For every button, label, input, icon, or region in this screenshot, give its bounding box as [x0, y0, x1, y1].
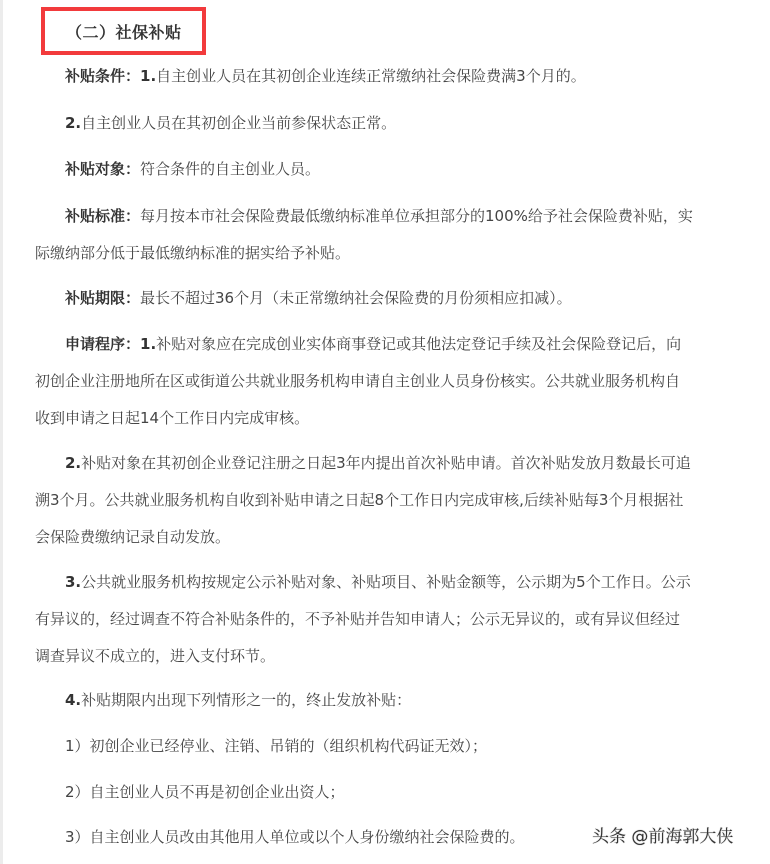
text-line: 1）初创企业已经停业、注销、吊销的（组织机构代码证无效）；: [35, 728, 735, 765]
text-line: 申请程序：1.补贴对象应在完成创业实体商事登记或其他法定登记手续及社会保险登记后…: [35, 326, 735, 363]
watermark: 头条 @前海郭大侠: [592, 822, 733, 847]
paragraph-termination-case-1: 1）初创企业已经停业、注销、吊销的（组织机构代码证无效）；: [35, 728, 735, 765]
paragraph-subsidy-period: 补贴期限：最长不超过36个月（未正常缴纳社会保险费的月份须相应扣减）。: [35, 280, 735, 317]
text-line: 补贴期限：最长不超过36个月（未正常缴纳社会保险费的月份须相应扣减）。: [35, 280, 735, 317]
text-line: 2）自主创业人员不再是初创企业出资人；: [35, 774, 735, 811]
text-line: 初创企业注册地所在区或街道公共就业服务机构申请自主创业人员身份核实。公共就业服务…: [35, 363, 735, 400]
paragraph-label: 补贴条件：: [65, 67, 140, 85]
paragraph-label: 申请程序：: [65, 335, 140, 353]
text-line: 有异议的，经过调查不符合补贴条件的，不予补贴并告知申请人；公示无异议的，或有异议…: [35, 601, 735, 638]
text-line: 收到申请之日起14个工作日内完成审核。: [35, 400, 735, 437]
paragraph-application-procedure-4: 4.补贴期限内出现下列情形之一的，终止发放补贴：: [35, 682, 735, 719]
text-line: 补贴条件：1.自主创业人员在其初创企业连续正常缴纳社会保险费满3个月的。: [35, 58, 735, 95]
line-text: 公共就业服务机构按规定公示补贴对象、补贴项目、补贴金额等，公示期为5个工作日。公…: [81, 573, 691, 591]
paragraph-label: 补贴标准：: [65, 207, 140, 225]
item-number: 3.: [65, 573, 81, 591]
text-line: 4.补贴期限内出现下列情形之一的，终止发放补贴：: [35, 682, 735, 719]
paragraph-label: 补贴期限：: [65, 289, 140, 307]
text-line: 2.补贴对象在其初创企业登记注册之日起3年内提出首次补贴申请。首次补贴发放月数最…: [35, 445, 735, 482]
paragraph-termination-case-2: 2）自主创业人员不再是初创企业出资人；: [35, 774, 735, 811]
paragraph-subsidy-standard: 补贴标准：每月按本市社会保险费最低缴纳标准单位承担部分的100%给予社会保险费补…: [35, 198, 735, 272]
line-text: 每月按本市社会保险费最低缴纳标准单位承担部分的100%给予社会保险费补贴，实: [140, 207, 693, 225]
line-text: 符合条件的自主创业人员。: [140, 160, 320, 178]
text-line: 3.公共就业服务机构按规定公示补贴对象、补贴项目、补贴金额等，公示期为5个工作日…: [35, 564, 735, 601]
section-title: （二）社保补贴: [66, 20, 182, 43]
item-number: 4.: [65, 691, 81, 709]
paragraph-subsidy-conditions-1: 补贴条件：1.自主创业人员在其初创企业连续正常缴纳社会保险费满3个月的。: [35, 58, 735, 95]
item-number: 1.: [140, 335, 156, 353]
text-line: 溯3个月。公共就业服务机构自收到补贴申请之日起8个工作日内完成审核,后续补贴每3…: [35, 482, 735, 519]
item-number: 2.: [65, 454, 81, 472]
paragraph-application-procedure-3: 3.公共就业服务机构按规定公示补贴对象、补贴项目、补贴金额等，公示期为5个工作日…: [35, 564, 735, 675]
line-text: 自主创业人员在其初创企业连续正常缴纳社会保险费满3个月的。: [156, 67, 586, 85]
paragraph-label: 补贴对象：: [65, 160, 140, 178]
line-text: 自主创业人员在其初创企业当前参保状态正常。: [81, 114, 396, 132]
line-text: 补贴期限内出现下列情形之一的，终止发放补贴：: [81, 691, 411, 709]
text-line: 会保险费缴纳记录自动发放。: [35, 519, 735, 556]
paragraph-subsidy-conditions-2: 2.自主创业人员在其初创企业当前参保状态正常。: [35, 105, 735, 142]
text-line: 际缴纳部分低于最低缴纳标准的据实给予补贴。: [35, 235, 735, 272]
item-number: 2.: [65, 114, 81, 132]
text-line: 补贴标准：每月按本市社会保险费最低缴纳标准单位承担部分的100%给予社会保险费补…: [35, 198, 735, 235]
left-border-rule: [0, 0, 3, 864]
item-number: 1.: [140, 67, 156, 85]
paragraph-application-procedure-1: 申请程序：1.补贴对象应在完成创业实体商事登记或其他法定登记手续及社会保险登记后…: [35, 326, 735, 437]
paragraph-subsidy-target: 补贴对象：符合条件的自主创业人员。: [35, 151, 735, 188]
line-text: 补贴对象在其初创企业登记注册之日起3年内提出首次补贴申请。首次补贴发放月数最长可…: [81, 454, 691, 472]
text-line: 调查异议不成立的，进入支付环节。: [35, 638, 735, 675]
text-line: 补贴对象：符合条件的自主创业人员。: [35, 151, 735, 188]
line-text: 补贴对象应在完成创业实体商事登记或其他法定登记手续及社会保险登记后，向: [156, 335, 681, 353]
text-line: 2.自主创业人员在其初创企业当前参保状态正常。: [35, 105, 735, 142]
paragraph-application-procedure-2: 2.补贴对象在其初创企业登记注册之日起3年内提出首次补贴申请。首次补贴发放月数最…: [35, 445, 735, 556]
line-text: 最长不超过36个月（未正常缴纳社会保险费的月份须相应扣减）。: [140, 289, 572, 307]
